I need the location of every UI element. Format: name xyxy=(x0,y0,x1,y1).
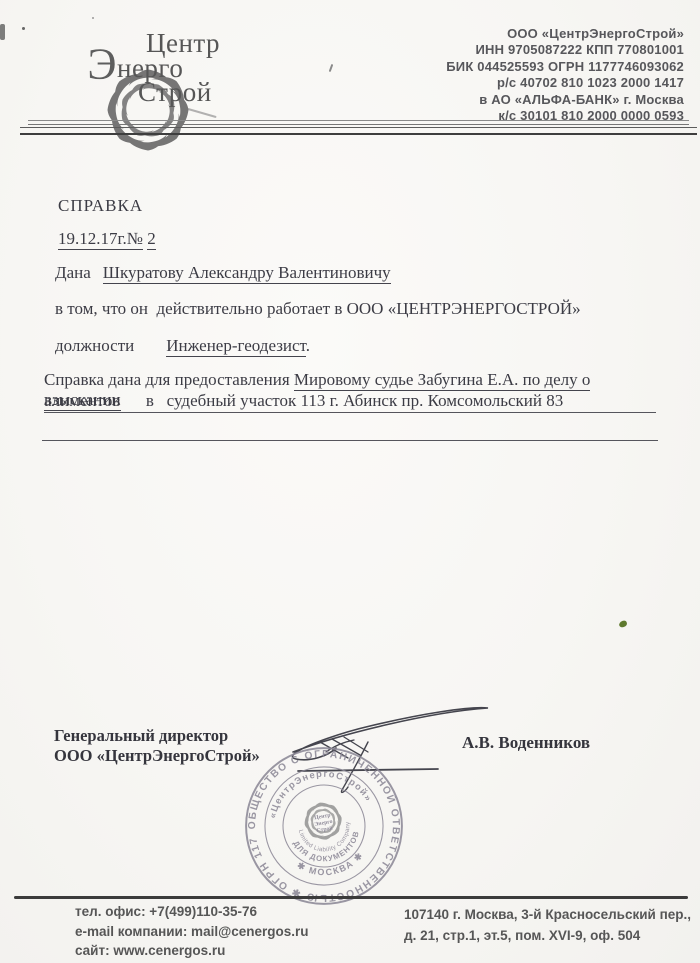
footer-website: сайт: www.cenergos.ru xyxy=(75,941,309,961)
footer-email: e-mail компании: mail@cenergos.ru xyxy=(75,922,309,942)
footer-address-line1: 107140 г. Москва, 3-й Красносельский пер… xyxy=(404,905,691,926)
blank-form-line xyxy=(42,440,658,441)
director-role: Генеральный директор ООО «ЦентрЭнергоСтр… xyxy=(54,726,260,766)
date-value: 19.12.17г.№ xyxy=(58,229,143,250)
director-role-line2: ООО «ЦентрЭнергоСтрой» xyxy=(54,746,260,766)
purpose-line-2: алиментов в судебный участок 113 г. Абин… xyxy=(44,391,563,411)
scanned-certificate-page: Э Центр нерго Строй ООО «ЦентрЭнергоСтро… xyxy=(0,0,700,963)
document-title: СПРАВКА xyxy=(58,196,143,216)
purpose-prefix: Справка дана для предоставления xyxy=(44,370,294,389)
employment-line: в том, что он действительно работает в О… xyxy=(55,299,581,319)
position-label: должности xyxy=(55,336,134,355)
footer-divider xyxy=(14,896,688,899)
position-line: должностиИнженер-геодезист. xyxy=(55,336,310,356)
footer-phone: тел. офис: +7(499)110-35-76 xyxy=(75,902,309,922)
green-ink-speck xyxy=(618,620,628,628)
scan-edge-mark xyxy=(0,24,5,40)
given-to-line: ДанаШкуратову Александру Валентиновичу xyxy=(55,263,391,283)
position-period: . xyxy=(306,336,310,355)
header-divider-thick xyxy=(20,127,697,135)
position-value: Инженер-геодезист xyxy=(166,336,305,357)
scan-speck-1 xyxy=(22,27,25,30)
company-bank: в АО «АЛЬФА-БАНК» г. Москва xyxy=(446,92,684,108)
date-number-line: 19.12.17г.№ 2 xyxy=(58,229,156,249)
footer-contacts: тел. офис: +7(499)110-35-76 e-mail компа… xyxy=(75,902,309,961)
logo-word-stroy: Строй xyxy=(138,79,212,106)
given-prefix: Дана xyxy=(55,263,91,282)
employee-name: Шкуратову Александру Валентиновичу xyxy=(103,263,391,284)
scan-pen-mark xyxy=(329,64,334,72)
number-value: 2 xyxy=(147,229,156,250)
scan-scratch xyxy=(187,108,216,118)
footer-address: 107140 г. Москва, 3-й Красносельский пер… xyxy=(404,905,691,946)
company-account: р/с 40702 810 1023 2000 1417 xyxy=(446,75,684,91)
company-round-stamp: ОБЩЕСТВО С ОГРАНИЧЕННОЙ ОТВЕТСТВЕННОСТЬЮ… xyxy=(242,744,406,908)
purpose-underline-rule xyxy=(44,412,656,413)
company-inn-kpp: ИНН 9705087222 КПП 770801001 xyxy=(446,42,684,58)
company-name-line: ООО «ЦентрЭнергоСтрой» xyxy=(446,26,684,42)
header-divider-thin xyxy=(28,120,689,125)
company-requisites: ООО «ЦентрЭнергоСтрой» ИНН 9705087222 КП… xyxy=(446,26,684,124)
company-bik-ogrn: БИК 044525593 ОГРН 1177746093062 xyxy=(446,59,684,75)
logo-letter: Э xyxy=(87,40,116,89)
scan-speck-2 xyxy=(92,17,94,19)
footer-address-line2: д. 21, стр.1, эт.5, пом. XVI-9, оф. 504 xyxy=(404,926,691,947)
director-role-line1: Генеральный директор xyxy=(54,726,260,746)
